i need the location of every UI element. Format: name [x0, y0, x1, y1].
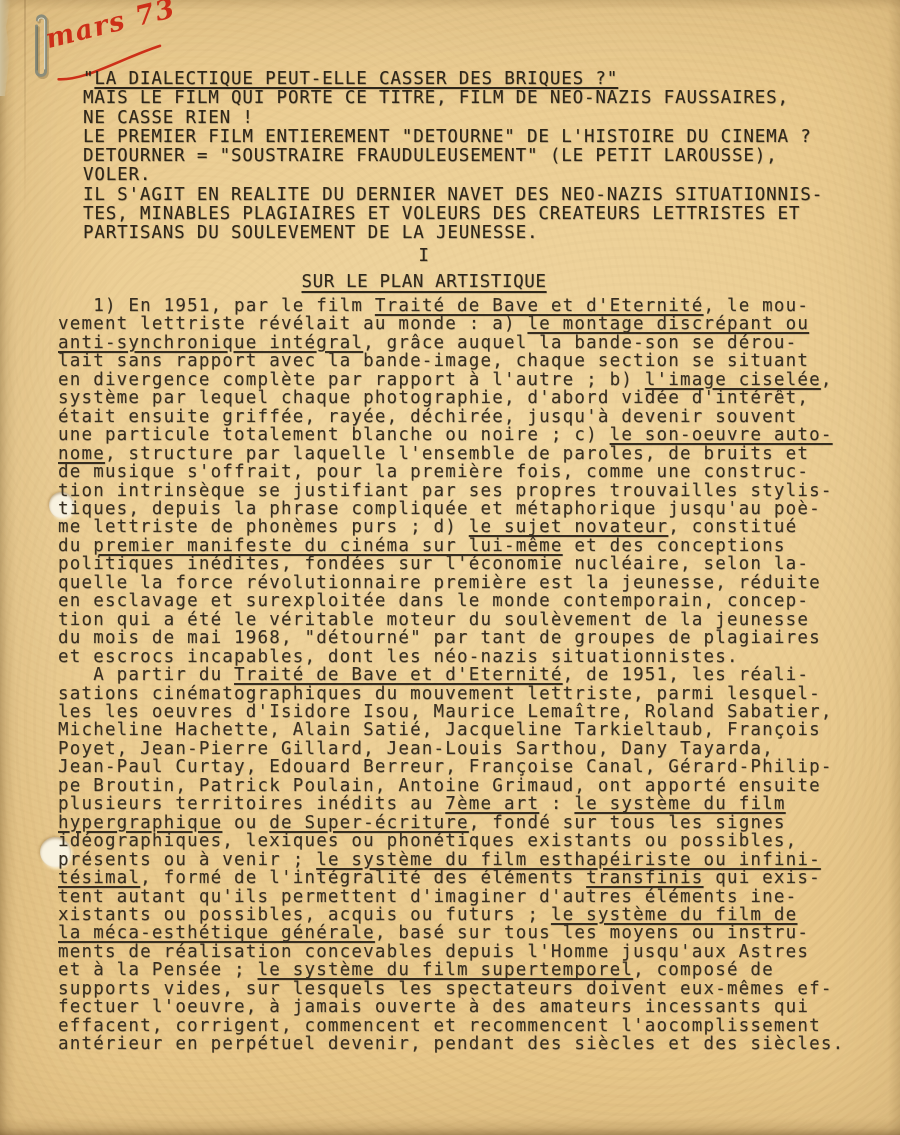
- typed-line: vement lettriste révélait au monde : a) …: [58, 315, 844, 333]
- typed-line: anti-synchronique intégral, grâce auquel…: [58, 334, 844, 352]
- typed-line: système par lequel chaque photographie, …: [58, 389, 844, 407]
- typed-line: plusieurs territoires inédits au 7ème ar…: [58, 795, 844, 813]
- typed-line: politiques inédites, fondées sur l'écono…: [58, 555, 844, 573]
- typed-line: NE CASSE RIEN !: [83, 109, 823, 128]
- page-edge-crease: [24, 0, 26, 225]
- typed-line: idéographiques, lexiques ou phonétiques …: [58, 832, 844, 850]
- typed-line: "LA DIALECTIQUE PEUT-ELLE CASSER DES BRI…: [83, 70, 823, 89]
- typed-line: antérieur en perpétuel devenir, pendant …: [58, 1035, 844, 1053]
- typed-line: sations cinématographiques du mouvement …: [58, 685, 844, 703]
- typed-line: A partir du Traité de Bave et d'Eternité…: [58, 666, 844, 684]
- typed-line: Jean-Paul Curtay, Edouard Berreur, Franç…: [58, 758, 844, 776]
- section-numeral: I: [58, 246, 790, 266]
- typed-line: nome, structure par laquelle l'ensemble …: [58, 445, 844, 463]
- typed-line: Poyet, Jean-Pierre Gillard, Jean-Louis S…: [58, 740, 844, 758]
- typed-line: en esclavage et surexploitée dans le mon…: [58, 592, 844, 610]
- typed-line: VOLER.: [83, 166, 823, 185]
- body-text-block: 1) En 1951, par le film Traité de Bave e…: [58, 297, 844, 1054]
- typed-line: MAIS LE FILM QUI PORTE CE TITRE, FILM DE…: [83, 89, 823, 108]
- typed-line: était ensuite griffée, rayée, déchirée, …: [58, 408, 844, 426]
- typed-line: les les oeuvres d'Isidore Isou, Maurice …: [58, 703, 844, 721]
- typed-line: tiques, depuis la phrase compliquée et m…: [58, 500, 844, 518]
- typed-line: de musique s'offrait, pour la première f…: [58, 463, 844, 481]
- typed-line: du mois de mai 1968, "détourné" par tant…: [58, 629, 844, 647]
- typed-line: DETOURNER = "SOUSTRAIRE FRAUDULEUSEMENT"…: [83, 147, 823, 166]
- typed-line: une particule totalement blanche ou noir…: [58, 426, 844, 444]
- typed-line: supports vides, sur lesquels les spectat…: [58, 980, 844, 998]
- typed-line: Micheline Hachette, Alain Satié, Jacquel…: [58, 721, 844, 739]
- typed-line: et à la Pensée ; le système du film supe…: [58, 961, 844, 979]
- typed-line: présents ou à venir ; le système du film…: [58, 851, 844, 869]
- typed-line: en divergence complète par rapport à l'a…: [58, 371, 844, 389]
- typed-line: IL S'AGIT EN REALITE DU DERNIER NAVET DE…: [83, 186, 823, 205]
- typed-line: quelle la force révolutionnaire première…: [58, 574, 844, 592]
- typed-line: me lettriste de phonèmes purs ; d) le su…: [58, 518, 844, 536]
- typed-line: effacent, corrigent, commencent et recom…: [58, 1017, 844, 1035]
- typed-line: ments de réalisation concevables depuis …: [58, 943, 844, 961]
- typed-line: LE PREMIER FILM ENTIEREMENT "DETOURNE" D…: [83, 128, 823, 147]
- typed-line: hypergraphique ou de Super-écriture, fon…: [58, 814, 844, 832]
- typed-line: fectuer l'oeuvre, à jamais ouverte à des…: [58, 998, 844, 1016]
- typed-line: tion qui a été le véritable moteur du so…: [58, 611, 844, 629]
- typed-line: xistants ou possibles, acquis ou futurs …: [58, 906, 844, 924]
- typed-line: 1) En 1951, par le film Traité de Bave e…: [58, 297, 844, 315]
- title-block: "LA DIALECTIQUE PEUT-ELLE CASSER DES BRI…: [83, 70, 823, 244]
- typed-line: lait sans rapport avec la bande-image, c…: [58, 352, 844, 370]
- typed-line: TES, MINABLES PLAGIAIRES ET VOLEURS DES …: [83, 205, 823, 224]
- typed-line: du premier manifeste du cinéma sur lui-m…: [58, 537, 844, 555]
- section-title: SUR LE PLAN ARTISTIQUE: [58, 272, 790, 292]
- torn-corner: [0, 0, 11, 96]
- typed-line: tent autant qu'ils permettent d'imaginer…: [58, 888, 844, 906]
- typed-line: pe Broutin, Patrick Poulain, Antoine Gri…: [58, 777, 844, 795]
- typed-line: et escrocs incapables, dont les néo-nazi…: [58, 648, 844, 666]
- typed-line: PARTISANS DU SOULEVEMENT DE LA JEUNESSE.: [83, 224, 823, 243]
- typed-line: tion intrinsèque se justifiant par ses p…: [58, 482, 844, 500]
- typed-line: tésimal, formé de l'intégralité des élém…: [58, 869, 844, 887]
- typed-line: la méca-esthétique générale, basé sur to…: [58, 924, 844, 942]
- scanned-document-page: mars 73 "LA DIALECTIQUE PEUT-ELLE CASSER…: [0, 0, 900, 1135]
